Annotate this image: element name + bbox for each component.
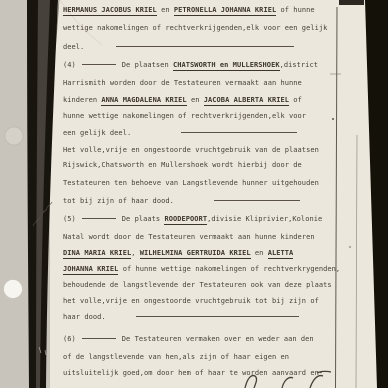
farm-name: CHATSWORTH en MULLERSHOEK — [173, 61, 280, 71]
typed-text: uitsluitelijk goed,om door hem of haar t… — [63, 369, 323, 377]
typed-text: ,divisie Kliprivier,Kolonie — [207, 215, 322, 223]
typed-text: of — [289, 96, 302, 104]
scanned-document-page: HERMANUS JACOBUS KRIEL en PETRONELLA JOH… — [0, 0, 388, 388]
typed-line: deel. — [63, 43, 300, 52]
typed-fill-rule — [181, 132, 297, 133]
typed-dash-rule — [82, 64, 116, 65]
testator-name: HERMANUS JACOBUS KRIEL — [63, 6, 157, 16]
typed-dash-rule — [82, 218, 116, 219]
typed-line: haar dood. — [63, 313, 305, 322]
typed-line: (5)De plaats ROODEPOORT,divisie Kliprivi… — [63, 215, 322, 224]
typed-fill-rule — [136, 316, 299, 317]
typed-text: Rijswick,Chatsworth en Mullershoek wordt… — [63, 161, 302, 169]
typed-text: tot bij zijn of haar dood. — [63, 197, 174, 205]
typed-text: Het volle,vrije en ongestoorde vruchtgeb… — [63, 146, 319, 154]
typed-text: hunne wettige nakomelingen of rechtverkr… — [63, 112, 306, 120]
typed-line: behoudende de langstlevende der Testateu… — [63, 281, 332, 290]
child-name: ALETTA — [268, 249, 294, 259]
typed-text: of hunne — [276, 6, 314, 14]
typed-fill-rule — [116, 46, 294, 47]
typed-line: (4)De plaatsen CHATSWORTH en MULLERSHOEK… — [63, 61, 318, 70]
typed-line: een gelijk deel. — [63, 129, 303, 138]
typed-text: of de langstlevende van hen,als zijn of … — [63, 353, 289, 361]
typed-fill-rule — [214, 200, 300, 201]
typed-text: en — [157, 6, 174, 14]
clause-number: (4) — [63, 61, 76, 69]
typed-line: (6)De Testateuren vermaken over en weder… — [63, 335, 314, 344]
typed-line: Natal wordt door de Testateuren vermaakt… — [63, 233, 315, 242]
typed-line: tot bij zijn of haar dood. — [63, 197, 306, 206]
typed-dash-rule — [82, 338, 116, 339]
typed-text: een gelijk deel. — [63, 129, 131, 137]
typed-text: De Testateuren vermaken over en weder aa… — [122, 335, 314, 343]
typed-line: Testateuren ten behoeve van Langstlevend… — [63, 179, 319, 188]
top-edge-mark — [339, 0, 364, 5]
hole-punch-bottom — [4, 280, 23, 299]
typed-text: en — [187, 96, 204, 104]
typed-line: hunne wettige nakomelingen of rechtverkr… — [63, 112, 306, 121]
typed-text: of hunne wettige nakomelingen of rechtve… — [118, 265, 340, 273]
typed-text: De plaats — [122, 215, 165, 223]
typed-text: en — [251, 249, 268, 257]
paper-sheet — [50, 0, 388, 388]
clause-number: (5) — [63, 215, 76, 223]
child-name: JACOBA ALBERTA KRIEL — [204, 96, 289, 106]
typed-text: haar dood. — [63, 313, 106, 321]
scan-background — [0, 0, 388, 388]
typed-line: of de langstlevende van hen,als zijn of … — [63, 353, 289, 362]
typed-line: Het volle,vrije en ongestoorde vruchtgeb… — [63, 146, 319, 155]
hole-punch-top — [5, 127, 23, 145]
typed-line: DINA MARIA KRIEL, WILHELMINA GERTRUIDA K… — [63, 249, 293, 258]
farm-name: ROODEPOORT — [164, 215, 207, 225]
child-name: DINA MARIA KRIEL — [63, 249, 131, 259]
typed-text: De plaatsen — [122, 61, 173, 69]
typed-line: kinderen ANNA MAGDALENA KRIEL en JACOBA … — [63, 96, 302, 105]
child-name: WILHELMINA GERTRUIDA KRIEL — [140, 249, 251, 259]
testator-name: PETRONELLA JOHANNA KRIEL — [174, 6, 276, 16]
typed-line: Harrismith worden door de Testateuren ve… — [63, 79, 302, 88]
typed-text: Harrismith worden door de Testateuren ve… — [63, 79, 302, 87]
typed-text: Testateuren ten behoeve van Langstlevend… — [63, 179, 319, 187]
clause-number: (6) — [63, 335, 76, 343]
typed-line: HERMANUS JACOBUS KRIEL en PETRONELLA JOH… — [63, 6, 315, 15]
typed-line: uitsluitelijk goed,om door hem of haar t… — [63, 369, 323, 378]
typed-line: JOHANNA KRIEL of hunne wettige nakomelin… — [63, 265, 340, 274]
typed-line: wettige nakomelingen of rechtverkrijgend… — [63, 24, 327, 33]
typed-text: wettige nakomelingen of rechtverkrijgend… — [63, 24, 327, 32]
typed-text: , — [131, 249, 140, 257]
child-name: ANNA MAGDALENA KRIEL — [101, 96, 186, 106]
typed-text: het volle,vrije en ongestoorde vruchtgeb… — [63, 297, 319, 305]
typed-line: het volle,vrije en ongestoorde vruchtgeb… — [63, 297, 319, 306]
typed-text: behoudende de langstlevende der Testateu… — [63, 281, 332, 289]
typed-text: deel. — [63, 43, 84, 51]
typed-text: ,district — [280, 61, 318, 69]
typed-line: Rijswick,Chatsworth en Mullershoek wordt… — [63, 161, 302, 170]
ink-speck — [332, 118, 334, 120]
typed-text: Natal wordt door de Testateuren vermaakt… — [63, 233, 315, 241]
typed-text: kinderen — [63, 96, 101, 104]
paper-speck — [349, 246, 351, 248]
child-name: JOHANNA KRIEL — [63, 265, 118, 275]
